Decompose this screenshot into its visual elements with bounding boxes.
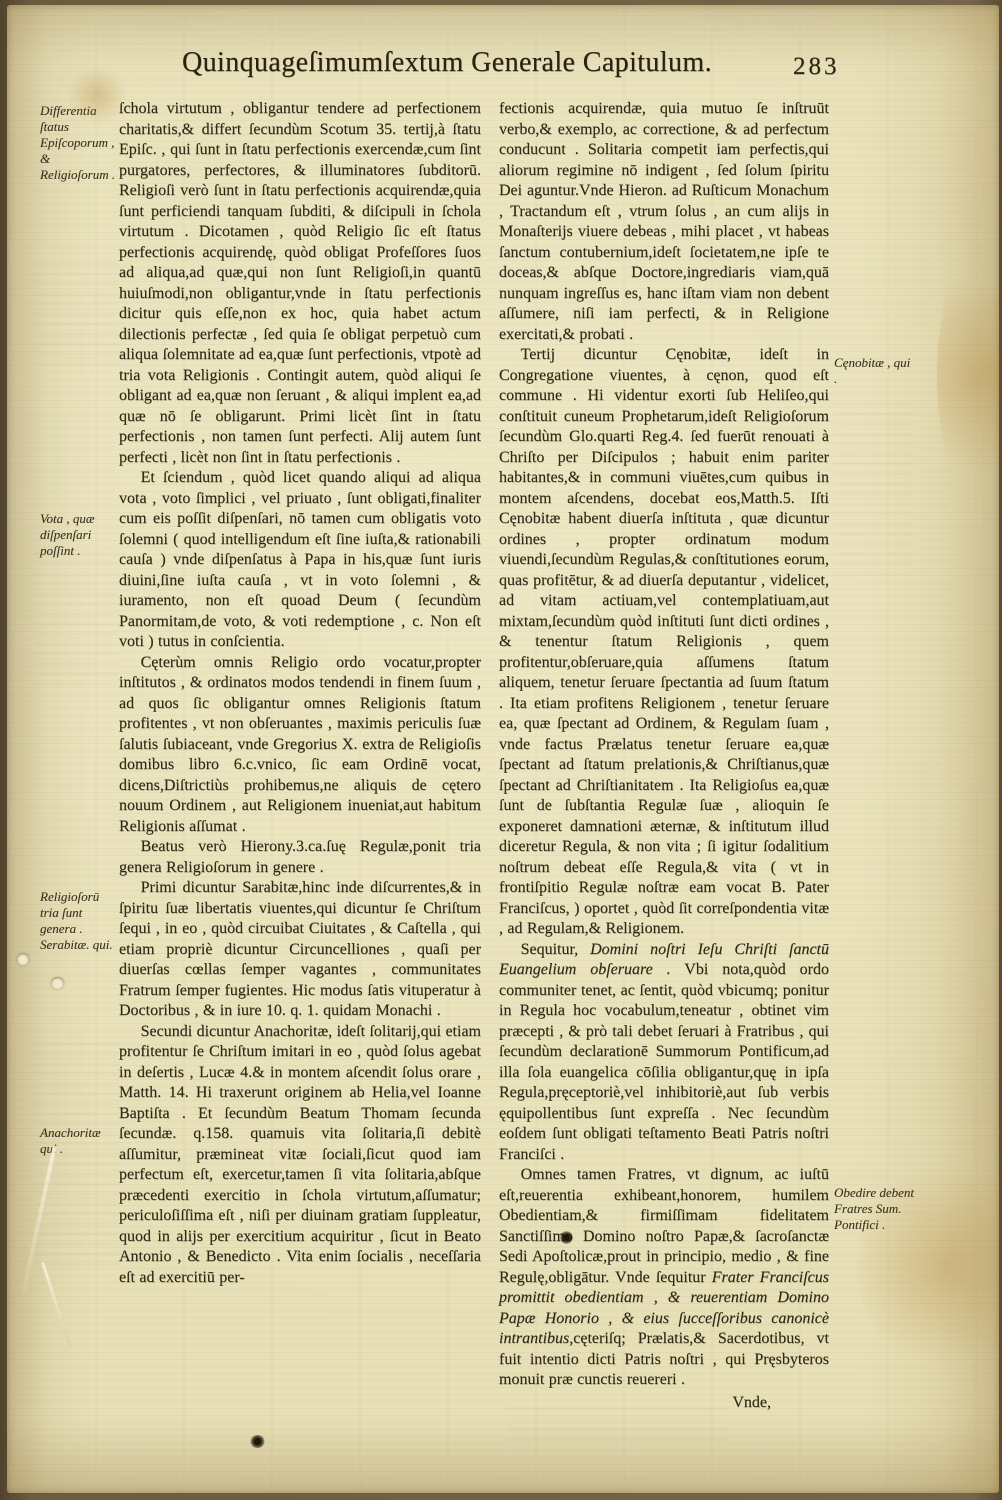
paragraph: fectionis acquirendæ, quia mutuo ſe inſt… [499,99,829,345]
book-page: Quinquageſimumſextum Generale Capitulum.… [7,5,999,1493]
text-segment: ſchola virtutum , obligantur tendere ad … [119,100,481,466]
paragraph: Secundi dicuntur Anachoritæ, ideſt ſolit… [119,1022,481,1289]
ink-blot [250,1435,265,1448]
text-segment: Primi dicuntur Sarabitæ,hinc inde diſcur… [119,879,481,1019]
text-segment: Secundi dicuntur Anachoritæ, ideſt ſolit… [119,1023,481,1286]
text-segment: Cęterùm omnis Religio ordo vocatur,propt… [119,654,481,835]
text-segment: Vbi nota,quòd ordo communiter tenet, ac … [499,961,829,1163]
right-text-column: fectionis acquirendæ, quia mutuo ſe inſt… [499,99,829,1412]
left-text-column: ſchola virtutum , obligantur tendere ad … [119,99,481,1288]
paragraph: Beatus verò Hierony.3.ca.ſuę Regulæ,poni… [119,837,481,878]
paragraph: Primi dicuntur Sarabitæ,hinc inde diſcur… [119,878,481,1022]
worm-hole [17,953,29,965]
text-segment: Et ſciendum , quòd licet quando aliqui a… [119,469,481,650]
text-segment: fectionis acquirendæ, quia mutuo ſe inſt… [499,100,829,343]
ink-bleed-through [834,395,914,575]
paragraph: Cęterùm omnis Religio ordo vocatur,propt… [119,653,481,838]
left-margin-note: Religioſorū tria ſunt genera . Serabitæ.… [40,889,118,953]
ink-bleed-through [35,255,119,365]
paragraph: Tertij dicuntur Cęnobitæ, ideſt in Congr… [499,345,829,940]
foxing-stain [67,65,127,125]
text-segment: Beatus verò Hierony.3.ca.ſuę Regulæ,poni… [119,838,481,876]
paper-tear [41,1262,72,1349]
page-number: 283 [793,53,840,81]
paragraph: Omnes tamen Fratres, vt dignum, ac iuſtū… [499,1165,829,1391]
paragraph: Et ſciendum , quòd licet quando aliqui a… [119,468,481,653]
right-margin-note: Cęnobitæ , qui . [834,355,916,387]
page-title: Quinquageſimumſextum Generale Capitulum. [127,47,767,79]
text-segment: Sequitur, [521,941,591,958]
worm-hole [51,977,64,989]
text-segment: Tertij dicuntur Cęnobitæ, ideſt in Congr… [499,346,829,937]
ink-bleed-through [507,1400,727,1440]
ink-bleed-through [35,545,119,685]
right-column-paragraphs: fectionis acquirendæ, quia mutuo ſe inſt… [499,99,829,1391]
paragraph: ſchola virtutum , obligantur tendere ad … [119,99,481,468]
foxing-stain [937,245,999,505]
scanned-book-photo: { "page": { "header": { "title": "Quinqu… [0,0,1002,1500]
paragraph: Sequitur, Domini noſtri Ieſu Chriſti ſan… [499,940,829,1166]
ink-bleed-through [35,1035,119,1265]
ink-blot [560,1231,573,1244]
